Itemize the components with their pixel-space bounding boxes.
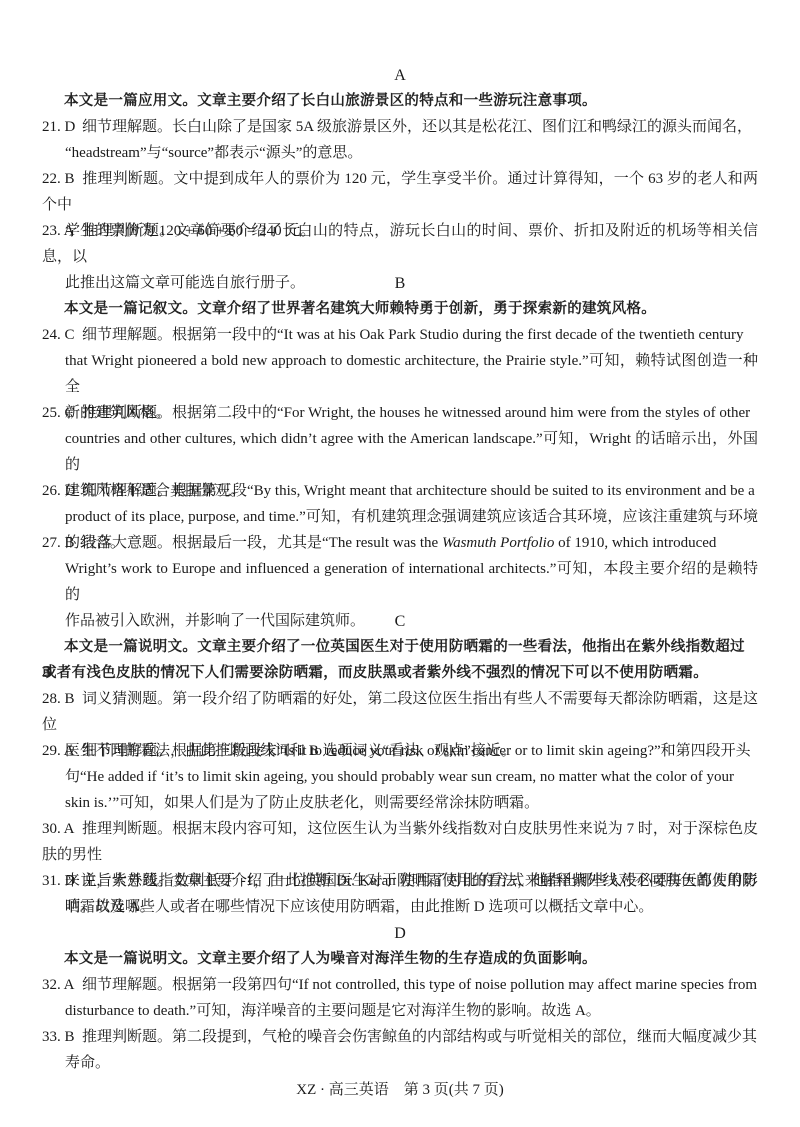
answer-item-32: 32. A细节理解题。根据第一段第四句“If not controlled, t… xyxy=(42,972,758,1024)
section-c-summary-cont: 或者有浅色皮肤的情况下人们需要涂防晒霜，而皮肤黑或者紫外线不强烈的情况下可以不使… xyxy=(42,660,760,686)
section-a-summary: 本文是一篇应用文。文章主要介绍了长白山旅游景区的特点和一些游玩注意事项。 xyxy=(42,88,760,114)
answer-number: 30. A xyxy=(42,816,82,842)
answer-number: 22. B xyxy=(42,166,82,192)
section-heading-d: D xyxy=(0,924,800,944)
page-footer: XZ · 高三英语 第 3 页(共 7 页) xyxy=(0,1080,800,1100)
section-heading-c: C xyxy=(0,612,800,632)
explanation-line: 推理判断题。文章简要介绍了长白山的特点，游玩长白山的时间、票价、折扣及附近的机场… xyxy=(42,223,758,265)
section-b-summary: 本文是一篇记叙文。文章介绍了世界著名建筑大师赖特勇于创新，勇于探索新的建筑风格。 xyxy=(42,296,760,322)
answer-number: 27. B xyxy=(42,530,82,556)
answer-number: 31. D xyxy=(42,868,82,894)
explanation-line: 段落大意题。根据最后一段，尤其是“The result was the xyxy=(82,535,442,551)
answer-item-33: 33. B推理判断题。第二段提到，气枪的噪音会伤害鲸鱼的内部结构或与听觉相关的部… xyxy=(42,1024,758,1076)
explanation-line: of 1910, which introduced xyxy=(554,535,716,551)
explanation-line: 句“He added if ‘it’s to limit skin ageing… xyxy=(42,764,758,790)
section-d-summary: 本文是一篇说明文。文章主要介绍了人为噪音对海洋生物的生存造成的负面影响。 xyxy=(42,946,760,972)
answer-item-21: 21. D细节理解题。长白山除了是国家 5A 级旅游景区外，还以其是松花江、图们… xyxy=(42,114,758,166)
explanation-line: 细节理解题。长白山除了是国家 5A 级旅游景区外，还以其是松花江、图们江和鸭绿江… xyxy=(82,119,752,135)
italic-title: Wasmuth Portfolio xyxy=(442,535,554,551)
summary-line: 或者有浅色皮肤的情况下人们需要涂防晒霜，而皮肤黑或者紫外线不强烈的情况下可以不使… xyxy=(42,664,708,681)
explanation-line: 细节理解题。根据第一段第四句“If not controlled, this t… xyxy=(82,977,757,993)
answer-number: 26. D xyxy=(42,478,82,504)
explanation-line: Wright’s work to Europe and influenced a… xyxy=(42,556,758,608)
answer-number: 23. A xyxy=(42,218,82,244)
explanation-line: 晒霜以及哪些人或者在哪些情况下应该使用防晒霜，由此推断 D 选项可以概括文章中心… xyxy=(42,894,758,920)
answer-item-29: 29. A细节理解题。根据第三段段末“Is it to reduce your … xyxy=(42,738,758,816)
explanation-line: 寿命。 xyxy=(42,1050,758,1076)
explanation-line: 细节理解题。根据第三段段末“Is it to reduce your risk … xyxy=(82,743,751,759)
explanation-line: “headstream”与“source”都表示“源头”的意思。 xyxy=(42,140,758,166)
section-heading-a: A xyxy=(0,66,800,86)
explanation-line: countries and other cultures, which didn… xyxy=(42,426,758,478)
explanation-line: disturbance to death.”可知，海洋噪音的主要问题是它对海洋生… xyxy=(42,998,758,1024)
answer-key-page: A 本文是一篇应用文。文章主要介绍了长白山旅游景区的特点和一些游玩注意事项。 2… xyxy=(0,0,800,1127)
explanation-line: 推理判断题。根据末段内容可知，这位医生认为当紫外线指数对白皮肤男性来说为 7 时… xyxy=(42,821,758,863)
explanation-line: 词义猜测题。第一段介绍了防晒霜的好处，第二段这位医生指出有些人不需要每天都涂防晒… xyxy=(42,691,758,733)
answer-item-31: 31. D主旨大意题。文章主要介绍了一位英国医生对于防晒霜使用的看法，他指出哪些… xyxy=(42,868,758,920)
explanation-line: 推理判断题。根据第二段中的“For Wright, the houses he … xyxy=(82,405,750,421)
answer-number: 24. C xyxy=(42,322,82,348)
explanation-line: 细节理解题。根据第一段中的“It was at his Oak Park Stu… xyxy=(82,327,744,343)
answer-number: 28. B xyxy=(42,686,82,712)
answer-number: 21. D xyxy=(42,114,82,140)
explanation-line: 细节理解题。根据第三段“By this, Wright meant that a… xyxy=(82,483,755,499)
section-heading-b: B xyxy=(0,274,800,294)
answer-number: 29. A xyxy=(42,738,82,764)
explanation-line: skin is.’”可知，如果人们是为了防止皮肤老化，则需要经常涂抹防晒霜。 xyxy=(42,790,758,816)
answer-number: 25. C xyxy=(42,400,82,426)
explanation-line: 推理判断题。第二段提到，气枪的噪音会伤害鲸鱼的内部结构或与听觉相关的部位，继而大… xyxy=(82,1029,757,1045)
explanation-line: that Wright pioneered a bold new approac… xyxy=(42,348,758,400)
explanation-line: 主旨大意题。文章主要介绍了一位英国医生对于防晒霜使用的看法，他指出哪些人没必要每… xyxy=(82,873,757,889)
answer-number: 33. B xyxy=(42,1024,82,1050)
answer-number: 32. A xyxy=(42,972,82,998)
explanation-line: 推理判断题。文中提到成年人的票价为 120 元，学生享受半价。通过计算得知，一个… xyxy=(42,171,758,213)
